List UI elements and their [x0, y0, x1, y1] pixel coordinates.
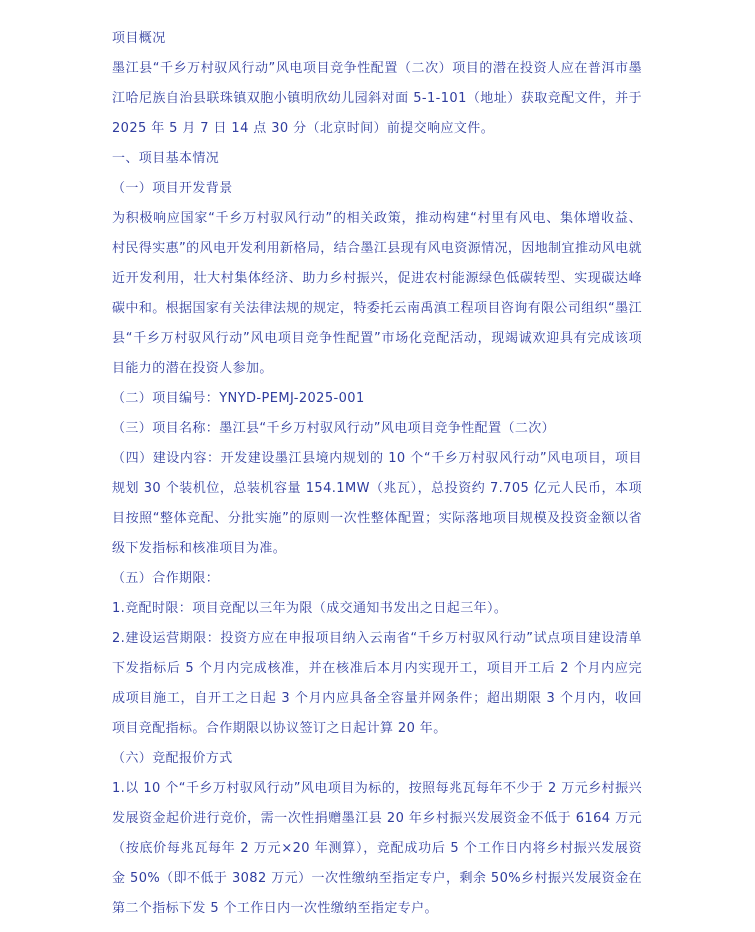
- subsection-heading-cooperation-period: （五）合作期限：: [112, 564, 642, 594]
- cooperation-item-1: 1.竞配时限：项目竞配以三年为限（成交通知书发出之日起三年）。: [112, 594, 642, 624]
- intro-paragraph: 墨江县“千乡万村驭风行动”风电项目竞争性配置（二次）项目的潜在投资人应在普洱市墨…: [112, 54, 642, 144]
- construction-content: （四）建设内容：开发建设墨江县境内规划的 10 个“千乡万村驭风行动”风电项目，…: [112, 444, 642, 564]
- document-body: 项目概况 墨江县“千乡万村驭风行动”风电项目竞争性配置（二次）项目的潜在投资人应…: [112, 24, 642, 924]
- project-number: （二）项目编号：YNYD-PEMJ-2025-001: [112, 384, 642, 414]
- project-name: （三）项目名称：墨江县“千乡万村驭风行动”风电项目竞争性配置（二次）: [112, 414, 642, 444]
- background-paragraph: 为积极响应国家“千乡万村驭风行动”的相关政策，推动构建“村里有风电、集体增收益、…: [112, 204, 642, 384]
- section-heading-basic-info: 一、项目基本情况: [112, 144, 642, 174]
- bidding-item-1: 1.以 10 个“千乡万村驭风行动”风电项目为标的，按照每兆瓦每年不少于 2 万…: [112, 774, 642, 924]
- cooperation-item-2: 2.建设运营期限：投资方应在申报项目纳入云南省“千乡万村驭风行动”试点项目建设清…: [112, 624, 642, 744]
- subsection-heading-bidding-method: （六）竞配报价方式: [112, 744, 642, 774]
- document-title: 项目概况: [112, 24, 642, 54]
- subsection-heading-background: （一）项目开发背景: [112, 174, 642, 204]
